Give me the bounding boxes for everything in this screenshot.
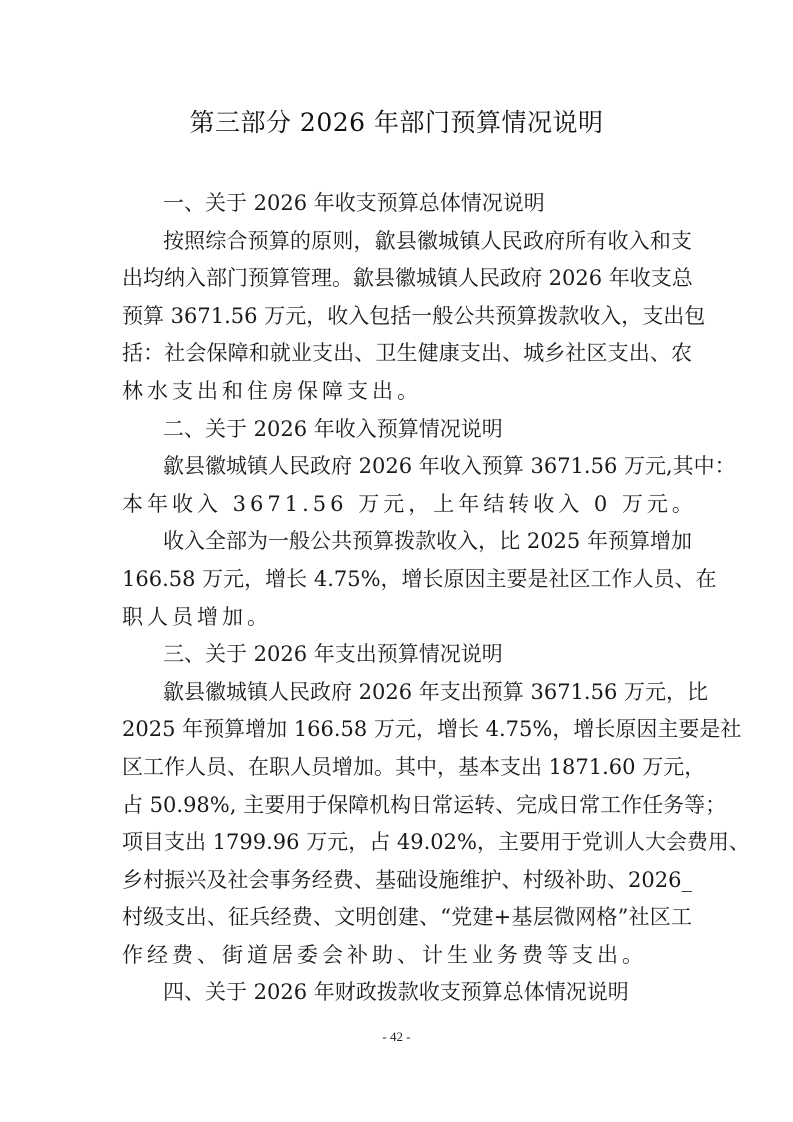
text-line: 作经费、街道居委会补助、计生业务费等支出。 — [122, 937, 692, 975]
text-line: 占 50.98%, 主要用于保障机构日常运转、完成日常工作任务等； — [122, 787, 692, 825]
text-line: 职人员增加。 — [122, 599, 692, 637]
page-number: - 42 - — [0, 1029, 793, 1045]
paragraph: 歙县徽城镇人民政府 2026 年收入预算 3671.56 万元,其中： 本年收入… — [122, 448, 692, 523]
text-line: 166.58 万元，增长 4.75%，增长原因主要是社区工作人员、在 — [122, 561, 692, 599]
text-line: 区工作人员、在职人员增加。其中，基本支出 1871.60 万元， — [122, 749, 692, 787]
paragraph: 按照综合预算的原则，歙县徽城镇人民政府所有收入和支 出均纳入部门预算管理。歙县徽… — [122, 223, 692, 411]
section-heading: 四、关于 2026 年财政拨款收支预算总体情况说明 — [122, 974, 692, 1012]
text-line: 括：社会保障和就业支出、卫生健康支出、城乡社区支出、农 — [122, 335, 692, 373]
section-heading: 二、关于 2026 年收入预算情况说明 — [122, 411, 692, 449]
paragraph: 收入全部为一般公共预算拨款收入，比 2025 年预算增加 166.58 万元，增… — [122, 523, 692, 636]
text-line: 乡村振兴及社会事务经费、基础设施维护、村级补助、2026_ — [122, 862, 692, 900]
text-line: 林水支出和住房保障支出。 — [122, 373, 692, 411]
document-body: 一、关于 2026 年收支预算总体情况说明 按照综合预算的原则，歙县徽城镇人民政… — [122, 185, 692, 1012]
text-line: 歙县徽城镇人民政府 2026 年支出预算 3671.56 万元，比 — [122, 674, 692, 712]
text-line: 2025 年预算增加 166.58 万元，增长 4.75%，增长原因主要是社 — [122, 711, 692, 749]
text-line: 出均纳入部门预算管理。歙县徽城镇人民政府 2026 年收支总 — [122, 260, 692, 298]
section-income-budget: 二、关于 2026 年收入预算情况说明 歙县徽城镇人民政府 2026 年收入预算… — [122, 411, 692, 637]
section-expenditure-budget: 三、关于 2026 年支出预算情况说明 歙县徽城镇人民政府 2026 年支出预算… — [122, 636, 692, 974]
page-title: 第三部分 2026 年部门预算情况说明 — [0, 103, 793, 143]
section-overall-budget: 一、关于 2026 年收支预算总体情况说明 按照综合预算的原则，歙县徽城镇人民政… — [122, 185, 692, 411]
document-page: 第三部分 2026 年部门预算情况说明 一、关于 2026 年收支预算总体情况说… — [0, 0, 793, 1122]
text-line: 本年收入 3671.56 万元，上年结转收入 0 万元。 — [122, 486, 692, 524]
text-line: 村级支出、征兵经费、文明创建、“党建+基层微网格”社区工 — [122, 899, 692, 937]
section-heading: 一、关于 2026 年收支预算总体情况说明 — [122, 185, 692, 223]
section-fiscal-appropriation-budget: 四、关于 2026 年财政拨款收支预算总体情况说明 — [122, 974, 692, 1012]
paragraph: 歙县徽城镇人民政府 2026 年支出预算 3671.56 万元，比 2025 年… — [122, 674, 692, 975]
text-line: 项目支出 1799.96 万元，占 49.02%，主要用于党训人大会费用、 — [122, 824, 692, 862]
text-line: 预算 3671.56 万元，收入包括一般公共预算拨款收入，支出包 — [122, 298, 692, 336]
text-line: 歙县徽城镇人民政府 2026 年收入预算 3671.56 万元,其中： — [122, 448, 692, 486]
text-line: 收入全部为一般公共预算拨款收入，比 2025 年预算增加 — [122, 523, 692, 561]
text-line: 按照综合预算的原则，歙县徽城镇人民政府所有收入和支 — [122, 223, 692, 261]
section-heading: 三、关于 2026 年支出预算情况说明 — [122, 636, 692, 674]
